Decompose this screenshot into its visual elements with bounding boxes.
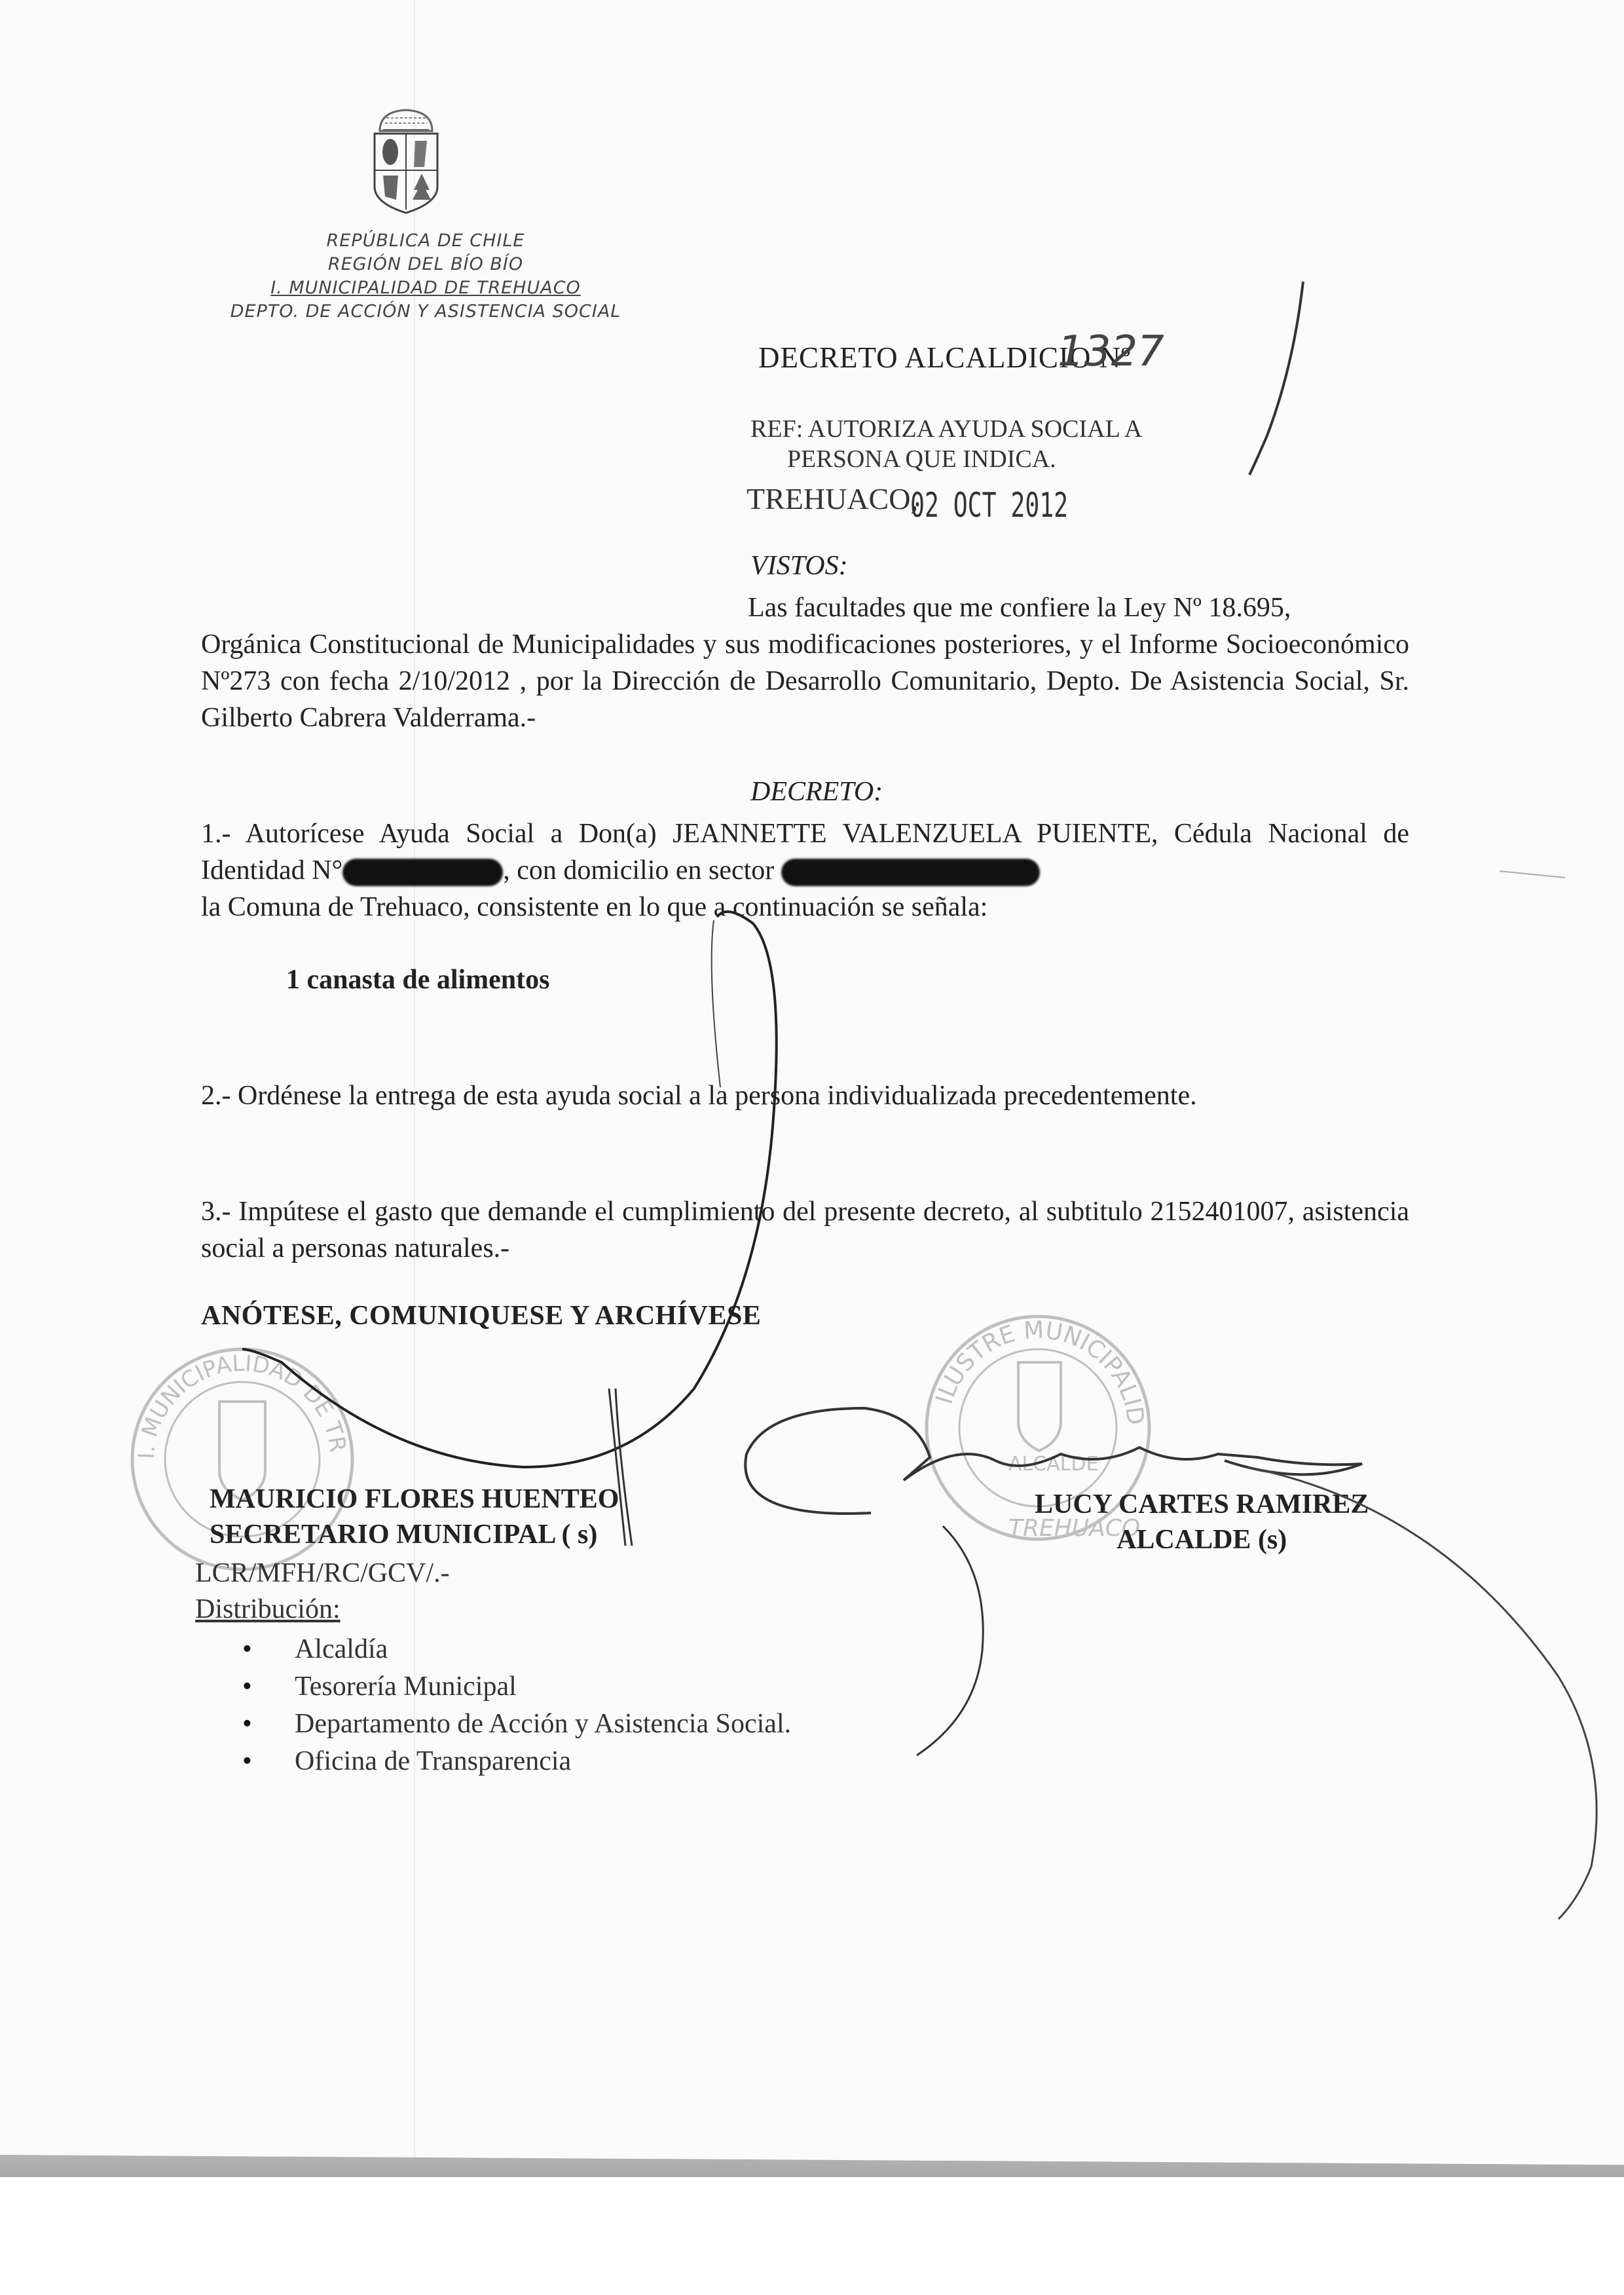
vistos-body: Orgánica Constitucional de Municipalidad… (201, 626, 1409, 736)
aid-goods: 1 canasta de alimentos (286, 964, 550, 996)
signatory-right-name: LUCY CARTES RAMIREZ (1035, 1487, 1369, 1522)
letterhead-municipality: I. MUNICIPALIDAD DE TREHUACO (196, 276, 655, 300)
letterhead-region: REGIÓN DEL BÍO BÍO (196, 253, 655, 276)
letterhead: REPÚBLICA DE CHILE REGIÓN DEL BÍO BÍO I.… (196, 229, 655, 324)
reference-line-1: REF: AUTORIZA AYUDA SOCIAL A (750, 415, 1142, 443)
place-label: TREHUACO, (747, 481, 918, 516)
vistos-first-line: Las facultades que me confiere la Ley Nº… (201, 589, 1409, 626)
redacted-id-number (342, 859, 503, 886)
signatory-left: MAURICIO FLORES HUENTEO SECRETARIO MUNIC… (210, 1482, 619, 1552)
distribution-item: Tesorería Municipal (242, 1668, 791, 1706)
reference: REF: AUTORIZA AYUDA SOCIAL A PERSONA QUE… (750, 414, 1142, 474)
decree-item-1: 1.- Autorícese Ayuda Social a Don(a) JEA… (201, 815, 1409, 925)
decree-number-handwritten: 1327 (1058, 327, 1164, 376)
signatory-left-role: SECRETARIO MUNICIPAL ( s) (210, 1517, 619, 1552)
signatory-right: LUCY CARTES RAMIREZ ALCALDE (s) (1035, 1487, 1369, 1558)
distribution-item: Alcaldía (242, 1631, 791, 1668)
reference-line-2: PERSONA QUE INDICA. (750, 444, 1142, 474)
item-1-text-c: la Comuna de Trehuaco, consistente en lo… (201, 889, 1409, 925)
distribution-item: Departamento de Acción y Asistencia Soci… (242, 1706, 791, 1743)
municipal-crest-icon (367, 105, 445, 216)
decree-item-3: 3.- Impútese el gasto que demande el cum… (201, 1193, 1409, 1267)
vistos-heading: VISTOS: (750, 550, 848, 582)
distribution-item: Oficina de Transparencia (242, 1743, 791, 1780)
distribution-heading: Distribución: (195, 1594, 341, 1625)
redacted-address (781, 859, 1040, 886)
decree-item-2: 2.- Ordénese la entrega de esta ayuda so… (201, 1077, 1409, 1114)
vistos-paragraph: Las facultades que me confiere la Ley Nº… (201, 589, 1409, 736)
closing-formula: ANÓTESE, COMUNIQUESE Y ARCHÍVESE (201, 1300, 761, 1332)
item-1-text-b: , con domicilio en sector (503, 855, 774, 886)
date-stamp: 02 OCT 2012 (910, 486, 1068, 525)
letterhead-department: DEPTO. DE ACCIÓN Y ASISTENCIA SOCIAL (196, 300, 655, 324)
decreto-heading: DECRETO: (750, 776, 883, 808)
distribution-list: Alcaldía Tesorería Municipal Departament… (242, 1631, 791, 1780)
letterhead-country: REPÚBLICA DE CHILE (196, 229, 655, 253)
signatory-right-role: ALCALDE (s) (1035, 1522, 1369, 1558)
signatory-left-name: MAURICIO FLORES HUENTEO (210, 1482, 619, 1517)
drafter-initials: LCR/MFH/RC/GCV/.- (195, 1558, 450, 1589)
